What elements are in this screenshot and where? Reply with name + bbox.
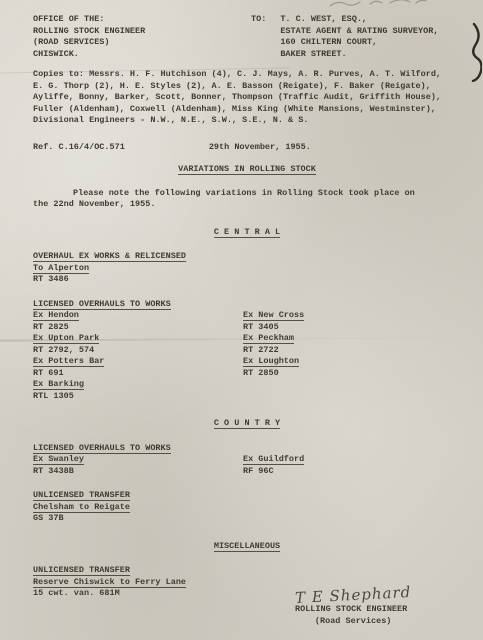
location-label: Ex Swanley [33, 454, 84, 465]
stock-number: RTL 1305 [33, 391, 243, 403]
office-line: CHISWICK. [33, 49, 251, 61]
location-label: Ex Barking [33, 379, 84, 390]
recipient-line: T. C. WEST, ESQ., [280, 14, 438, 26]
recipient-address: TO: T. C. WEST, ESQ., ESTATE AGENT & RAT… [251, 14, 438, 60]
document-page: OFFICE OF THE: ROLLING STOCK ENGINEER (R… [0, 0, 483, 640]
block-heading: UNLICENSED TRANSFER [33, 490, 130, 501]
section-heading-central-row: C E N T R A L [33, 227, 461, 239]
block-heading: UNLICENSED TRANSFER [33, 565, 130, 576]
central-overhaul-relicensed-block: OVERHAUL EX WORKS & RELICENSED To Alpert… [33, 251, 461, 286]
copies-line: E. G. Thorp (2), H. E. Styles (2), A. E.… [33, 81, 461, 93]
central-licensed-overhauls-block: LICENSED OVERHAULS TO WORKS Ex Hendon RT… [33, 299, 461, 403]
location-label: Ex New Cross [243, 310, 304, 321]
stock-number: RT 3438B [33, 466, 243, 478]
section-heading-country-row: C O U N T R Y [33, 418, 461, 430]
location-label: Ex Potters Bar [33, 356, 104, 367]
country-licensed-overhauls-block: LICENSED OVERHAULS TO WORKS Ex Swanley R… [33, 443, 461, 478]
right-column: Ex New Cross RT 3405 Ex Peckham RT 2722 … [243, 299, 304, 403]
copies-line: Divisional Engineers - N.W., N.E., S.W.,… [33, 115, 461, 127]
stock-number: RT 2722 [243, 345, 304, 357]
office-line: ROLLING STOCK ENGINEER [33, 26, 251, 38]
left-column: LICENSED OVERHAULS TO WORKS Ex Hendon RT… [33, 299, 243, 403]
signatory-department: (Road Services) [295, 616, 411, 628]
section-heading-miscellaneous-row: MISCELLANEOUS [33, 541, 461, 553]
reference-number: Ref. C.16/4/OC.571 [33, 142, 125, 154]
column-spacer [243, 299, 304, 311]
letter-date: 29th November, 1955. [209, 142, 311, 154]
office-line: (ROAD SERVICES) [33, 37, 251, 49]
document-title: VARIATIONS IN ROLLING STOCK [178, 164, 316, 175]
copies-line: Copies to: Messrs. H. F. Hutchison (4), … [33, 69, 461, 81]
route-label: Reserve Chiswick to Ferry Lane [33, 577, 186, 588]
section-heading-central: C E N T R A L [214, 227, 280, 238]
sender-address: OFFICE OF THE: ROLLING STOCK ENGINEER (R… [33, 14, 251, 60]
recipient-lines: T. C. WEST, ESQ., ESTATE AGENT & RATING … [280, 14, 438, 60]
location-label: Ex Peckham [243, 333, 294, 344]
block-heading: LICENSED OVERHAULS TO WORKS [33, 443, 171, 454]
stock-number: RT 3486 [33, 274, 461, 286]
stock-number: GS 37B [33, 513, 461, 525]
stock-number: RT 2850 [243, 368, 304, 380]
left-column: LICENSED OVERHAULS TO WORKS Ex Swanley R… [33, 443, 243, 478]
route-label: To Alperton [33, 263, 89, 274]
location-label: Ex Hendon [33, 310, 79, 321]
location-label: Ex Guildford [243, 454, 304, 465]
stock-number: RT 2825 [33, 322, 243, 334]
location-label: Ex Upton Park [33, 333, 99, 344]
copies-line: Ayliffe, Bonny, Barker, Scott, Bonner, T… [33, 92, 461, 104]
right-column: Ex Guildford RF 96C [243, 443, 304, 478]
stock-number: RT 691 [33, 368, 243, 380]
copies-line: Fuller (Aldenham), Coxwell (Aldenham), M… [33, 104, 461, 116]
signature-block: T E Shephard ROLLING STOCK ENGINEER (Roa… [295, 586, 411, 627]
section-heading-country: C O U N T R Y [214, 418, 280, 429]
copies-list: Copies to: Messrs. H. F. Hutchison (4), … [33, 69, 461, 127]
stock-number: RF 96C [243, 466, 304, 478]
pen-flourish-mark [460, 22, 482, 82]
recipient-line: 160 CHILTERN COURT, [280, 37, 438, 49]
recipient-line: BAKER STREET. [280, 49, 438, 61]
intro-line: Please note the following variations in … [33, 188, 415, 200]
block-heading: LICENSED OVERHAULS TO WORKS [33, 299, 171, 310]
pencil-annotation-mark [328, 0, 428, 10]
country-unlicensed-transfer-block: UNLICENSED TRANSFER Chelsham to Reigate … [33, 490, 461, 525]
title-row: VARIATIONS IN ROLLING STOCK [33, 164, 461, 176]
section-heading-miscellaneous: MISCELLANEOUS [214, 541, 280, 552]
column-spacer [243, 443, 304, 455]
intro-line: the 22nd November, 1955. [33, 199, 155, 209]
office-line: OFFICE OF THE: [33, 14, 251, 26]
reference-row: Ref. C.16/4/OC.571 29th November, 1955. [33, 142, 461, 154]
location-label: Ex Loughton [243, 356, 299, 367]
recipient-line: ESTATE AGENT & RATING SURVEYOR, [280, 26, 438, 38]
intro-paragraph: Please note the following variations in … [33, 188, 461, 211]
to-label: TO: [251, 14, 266, 60]
route-label: Chelsham to Reigate [33, 502, 130, 513]
stock-number: RT 2792, 574 [33, 345, 243, 357]
block-heading: OVERHAUL EX WORKS & RELICENSED [33, 251, 186, 262]
stock-number: RT 3405 [243, 322, 304, 334]
letterhead: OFFICE OF THE: ROLLING STOCK ENGINEER (R… [33, 14, 461, 60]
